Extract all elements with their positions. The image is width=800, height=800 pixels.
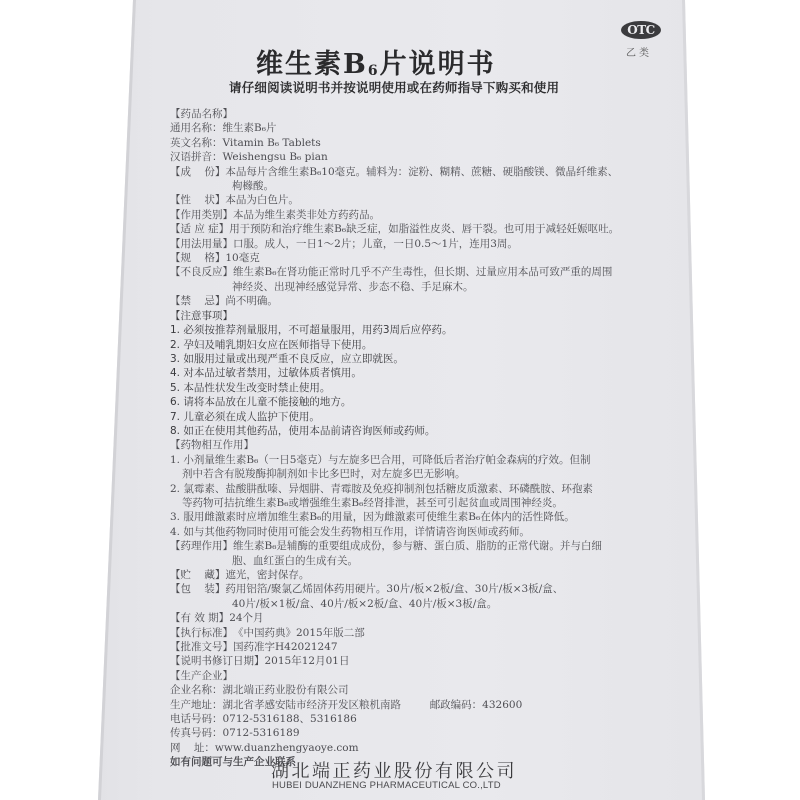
section-value: 用于预防和治疗维生素B₆缺乏症，如脂溢性皮炎、唇干裂。也可用于减轻妊娠呕吐。 [229, 222, 619, 236]
interaction-item: 1. 小剂量维生素B₆（一日5毫克）与左旋多巴合用，可降低后者治疗帕金森病的疗效… [170, 453, 690, 467]
section-precautions: 【注意事项】 1. 必须按推荐剂量服用，不可超量服用，用药3周后应停药。 2. … [170, 309, 690, 439]
section-validity: 【有 效 期】 24个月 [170, 611, 690, 625]
section-appearance: 【性 状】 本品为白色片。 [170, 193, 690, 207]
section-dosage: 【用法用量】 口服。成人，一日1～2片；儿童，一日0.5～1片，连用3周。 [170, 237, 690, 251]
interaction-item-cont: 剂中若含有脱羧酶抑制剂如卡比多巴时，对左旋多巴无影响。 [170, 467, 690, 481]
generic-name: 通用名称：维生素B₆片 [170, 121, 690, 135]
section-value: 药用铝箔/聚氯乙烯固体药用硬片。30片/板×2板/盒、30片/板×3板/盒、 [225, 582, 563, 596]
section-label: 【规 格】 [170, 251, 225, 265]
precaution-item: 5. 本品性状发生改变时禁止使用。 [170, 381, 690, 395]
precaution-item: 6. 请将本品放在儿童不能接触的地方。 [170, 395, 690, 409]
title-main: 维生素B [256, 49, 368, 80]
otc-badge-label: OTC [627, 23, 654, 37]
section-label: 【成 份】 [170, 165, 225, 179]
section-storage: 【贮 藏】 遮光，密封保存。 [170, 568, 690, 582]
section-label: 【批准文号】 [170, 640, 233, 654]
precaution-item: 4. 对本品过敏者禁用，过敏体质者慎用。 [170, 366, 690, 380]
section-packaging: 【包 装】 药用铝箔/聚氯乙烯固体药用硬片。30片/板×2板/盒、30片/板×3… [170, 582, 690, 596]
manufacturer-phone: 电话号码：0712-5316188、5316186 [170, 712, 690, 726]
manufacturer-postcode: 邮政编码：432600 [430, 699, 523, 711]
section-label: 【禁 忌】 [170, 294, 225, 308]
section-value: 口服。成人，一日1～2片；儿童，一日0.5～1片，连用3周。 [233, 237, 518, 251]
section-value: 维生素B₆是辅酶的重要组成成份，参与糖、蛋白质、脂肪的正常代谢。并与白细 [233, 539, 602, 553]
section-label: 【性 状】 [170, 193, 225, 207]
section-value-cont: 胞、血红蛋白的生成有关。 [170, 554, 690, 568]
pinyin-name: 汉语拼音：Weishengsu B₆ pian [170, 150, 690, 164]
section-indications: 【适 应 症】 用于预防和治疗维生素B₆缺乏症，如脂溢性皮炎、唇干裂。也可用于减… [170, 222, 690, 236]
section-interactions: 【药物相互作用】 1. 小剂量维生素B₆（一日5毫克）与左旋多巴合用，可降低后者… [170, 438, 690, 539]
footer-company-name-en: HUBEI DUANZHENG PHARMACEUTICAL CO.,LTD [272, 780, 501, 791]
section-value: 10毫克 [225, 251, 259, 265]
section-manufacturer: 【生产企业】 企业名称：湖北端正药业股份有限公司 生产地址：湖北省孝感安陆市经济… [170, 669, 690, 770]
section-value: 遮光，密封保存。 [225, 568, 309, 582]
precaution-item: 7. 儿童必须在成人监护下使用。 [170, 410, 690, 424]
section-value-cont: 枸橼酸。 [170, 179, 690, 193]
section-value: 本品为白色片。 [225, 193, 299, 207]
section-label: 【药物相互作用】 [170, 438, 690, 452]
section-value: 本品每片含维生素B₆10毫克。辅料为：淀粉、糊精、蔗糖、硬脂酸镁、微晶纤维素、 [225, 165, 618, 179]
manufacturer-website: 网 址：www.duanzhengyaoye.com [170, 741, 690, 755]
section-standard: 【执行标准】 《中国药典》2015年版二部 [170, 626, 690, 640]
precaution-item: 1. 必须按推荐剂量服用，不可超量服用，用药3周后应停药。 [170, 323, 690, 337]
section-label: 【包 装】 [170, 582, 225, 596]
section-pharmacology: 【药理作用】 维生素B₆是辅酶的重要组成成份，参与糖、蛋白质、脂肪的正常代谢。并… [170, 539, 690, 553]
section-label-drug-name: 【药品名称】 [170, 107, 690, 121]
section-composition: 【成 份】 本品每片含维生素B₆10毫克。辅料为：淀粉、糊精、蔗糖、硬脂酸镁、微… [170, 165, 690, 179]
section-value: 本品为维生素类非处方药药品。 [233, 208, 380, 222]
section-approval: 【批准文号】 国药准字H42021247 [170, 640, 690, 654]
title-subscript: 6 [368, 63, 380, 79]
section-value: 2015年12月01日 [265, 654, 350, 668]
precaution-item: 2. 孕妇及哺乳期妇女应在医师指导下使用。 [170, 338, 690, 352]
section-label: 【有 效 期】 [170, 611, 229, 625]
section-value: 维生素B₆在肾功能正常时几乎不产生毒性，但长期、过量应用本品可致严重的周围 [233, 265, 612, 279]
section-label: 【贮 藏】 [170, 568, 225, 582]
interaction-item-cont: 等药物可拮抗维生素B₆或增强维生素B₆经肾排泄，甚至可引起贫血或周围神经炎。 [170, 496, 690, 510]
page-subtitle: 请仔细阅读说明书并按说明使用或在药师指导下购买和使用 [229, 78, 559, 96]
section-value-cont: 40片/板×1板/盒、40片/板×2板/盒、40片/板×3板/盒。 [170, 597, 690, 611]
section-label: 【药理作用】 [170, 539, 233, 553]
manufacturer-address-row: 生产地址：湖北省孝感安陆市经济开发区粮机南路 邮政编码：432600 [170, 698, 690, 712]
section-label: 【适 应 症】 [170, 222, 229, 236]
interaction-item: 3. 服用雌激素时应增加维生素B₆的用量，因为雌激素可使维生素B₆在体内的活性降… [170, 510, 690, 524]
english-name: 英文名称：Vitamin B₆ Tablets [170, 136, 690, 150]
section-specification: 【规 格】 10毫克 [170, 251, 690, 265]
section-adverse-reactions: 【不良反应】 维生素B₆在肾功能正常时几乎不产生毒性，但长期、过量应用本品可致严… [170, 265, 690, 279]
manufacturer-fax: 传真号码：0712-5316189 [170, 726, 690, 740]
section-value: 国药准字H42021247 [233, 640, 338, 654]
page-title: 维生素B6片说明书 [256, 42, 496, 81]
section-contraindications: 【禁 忌】 尚不明确。 [170, 294, 690, 308]
otc-badge: OTC [621, 21, 661, 39]
section-category: 【作用类别】 本品为维生素类非处方药药品。 [170, 208, 690, 222]
section-value: 24个月 [229, 611, 263, 625]
section-label: 【说明书修订日期】 [170, 654, 265, 668]
section-value: 尚不明确。 [225, 294, 278, 308]
section-label: 【生产企业】 [170, 669, 690, 683]
section-label: 【不良反应】 [170, 265, 233, 279]
otc-class-label: 乙类 [626, 44, 652, 59]
section-label: 【作用类别】 [170, 208, 233, 222]
precaution-item: 8. 如正在使用其他药品，使用本品前请咨询医师或药师。 [170, 424, 690, 438]
section-revision-date: 【说明书修订日期】 2015年12月01日 [170, 654, 690, 668]
interaction-item: 4. 如与其他药物同时使用可能会发生药物相互作用，详情请咨询医师或药师。 [170, 525, 690, 539]
section-value: 《中国药典》2015年版二部 [233, 626, 365, 640]
section-label: 【注意事项】 [170, 309, 690, 323]
section-value-cont: 神经炎、出现神经感觉异常、步态不稳、手足麻木。 [170, 280, 690, 294]
interaction-item: 2. 氯霉素、盐酸肼酞嗪、异烟肼、青霉胺及免疫抑制剂包括糖皮质激素、环磷酰胺、环… [170, 482, 690, 496]
manufacturer-name: 企业名称：湖北端正药业股份有限公司 [170, 683, 690, 697]
precaution-item: 3. 如服用过量或出现严重不良反应，应立即就医。 [170, 352, 690, 366]
section-label: 【用法用量】 [170, 237, 233, 251]
section-label: 【执行标准】 [170, 626, 233, 640]
manufacturer-address: 生产地址：湖北省孝感安陆市经济开发区粮机南路 [170, 699, 401, 711]
title-tail: 片说明书 [380, 49, 496, 80]
leaflet-content: 【药品名称】 通用名称：维生素B₆片 英文名称：Vitamin B₆ Table… [170, 107, 690, 770]
